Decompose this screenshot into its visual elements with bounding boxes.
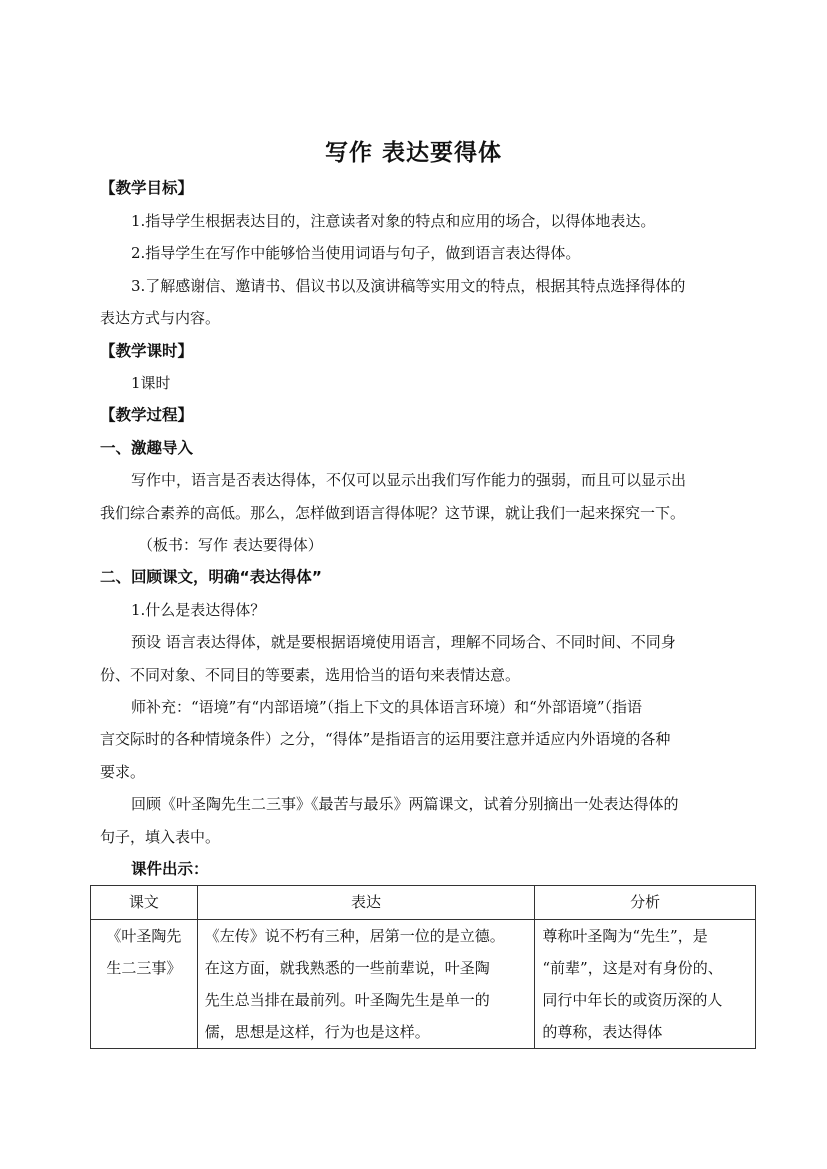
heading-part1-intro: 一、激趣导入 xyxy=(100,438,760,458)
heading-teaching-hours: 【教学课时】 xyxy=(100,341,760,361)
part2-supplement-line3: 要求。 xyxy=(100,762,760,782)
header-expression: 表达 xyxy=(197,886,535,920)
part2-question-1: 1.什么是表达得体？ xyxy=(131,600,791,620)
part2-preset-line2: 份、不同对象、不同目的等要素，选用恰当的语句来表情达意。 xyxy=(100,665,760,685)
cell-analysis-line: 的尊称，表达得体 xyxy=(542,1016,748,1048)
cell-expression-line: 儒，思想是这样，行为也是这样。 xyxy=(205,1016,528,1048)
heading-part2-review: 二、回顾课文，明确“表达得体” xyxy=(100,567,760,587)
courseware-label: 课件出示： xyxy=(131,859,791,879)
part2-preset-line1: 预设 语言表达得体，就是要根据语境使用语言，理解不同场合、不同时间、不同身 xyxy=(131,632,791,652)
document-title: 写作 表达要得体 xyxy=(0,134,827,167)
goal-item-3-continued: 表达方式与内容。 xyxy=(100,308,760,328)
document-page: 写作 表达要得体 【教学目标】 1.指导学生根据表达目的，注意读者对象的特点和应… xyxy=(0,0,827,1169)
table-header-row: 课文 表达 分析 xyxy=(91,886,756,920)
cell-expression-line: 《左传》说不朽有三种，居第一位的是立德。 xyxy=(205,920,528,952)
header-text: 课文 xyxy=(91,886,198,920)
part2-supplement-line2: 言交际时的各种情境条件）之分，“得体”是指语言的运用要注意并适应内外语境的各种 xyxy=(100,729,760,749)
cell-analysis-line: 尊称叶圣陶为“先生”，是 xyxy=(542,920,748,952)
cell-analysis-line: 同行中年长的或资历深的人 xyxy=(542,984,748,1016)
part1-board-note: （板书：写作 表达要得体） xyxy=(138,535,798,555)
heading-teaching-process: 【教学过程】 xyxy=(100,405,760,425)
cell-text-line: 生二三事》 xyxy=(98,952,190,984)
part1-paragraph-line1: 写作中，语言是否表达得体，不仅可以显示出我们写作能力的强弱，而且可以显示出 xyxy=(131,470,791,490)
teaching-hours-value: 1课时 xyxy=(131,373,791,393)
cell-expression-line: 先生总当排在最前列。叶圣陶先生是单一的 xyxy=(205,984,528,1016)
goal-item-3: 3.了解感谢信、邀请书、倡议书以及演讲稿等实用文的特点，根据其特点选择得体的 xyxy=(131,276,791,296)
cell-text: 《叶圣陶先 生二三事》 xyxy=(91,920,198,1049)
cell-analysis: 尊称叶圣陶为“先生”，是 “前辈”，这是对有身份的、 同行中年长的或资历深的人 … xyxy=(535,920,756,1049)
table-row: 《叶圣陶先 生二三事》 《左传》说不朽有三种，居第一位的是立德。 在这方面，就我… xyxy=(91,920,756,1049)
cell-analysis-line: “前辈”，这是对有身份的、 xyxy=(542,952,748,984)
part1-paragraph-line2: 我们综合素养的高低。那么，怎样做到语言得体呢？这节课，就让我们一起来探究一下。 xyxy=(100,503,760,523)
part2-review-line1: 回顾《叶圣陶先生二三事》《最苦与最乐》两篇课文，试着分别摘出一处表达得体的 xyxy=(131,794,791,814)
cell-expression: 《左传》说不朽有三种，居第一位的是立德。 在这方面，就我熟悉的一些前辈说，叶圣陶… xyxy=(197,920,535,1049)
heading-teaching-goals: 【教学目标】 xyxy=(100,178,760,198)
comparison-table: 课文 表达 分析 《叶圣陶先 生二三事》 《左传》说不朽有三种，居第一位的是立德… xyxy=(90,885,756,1049)
cell-expression-line: 在这方面，就我熟悉的一些前辈说，叶圣陶 xyxy=(205,952,528,984)
part2-supplement-line1: 师补充：“语境”有“内部语境”（指上下文的具体语言环境）和“外部语境”（指语 xyxy=(131,697,791,717)
goal-item-1: 1.指导学生根据表达目的，注意读者对象的特点和应用的场合，以得体地表达。 xyxy=(131,211,791,231)
goal-item-2: 2.指导学生在写作中能够恰当使用词语与句子，做到语言表达得体。 xyxy=(131,243,791,263)
cell-text-line: 《叶圣陶先 xyxy=(98,920,190,952)
header-analysis: 分析 xyxy=(535,886,756,920)
part2-review-line2: 句子，填入表中。 xyxy=(100,827,760,847)
